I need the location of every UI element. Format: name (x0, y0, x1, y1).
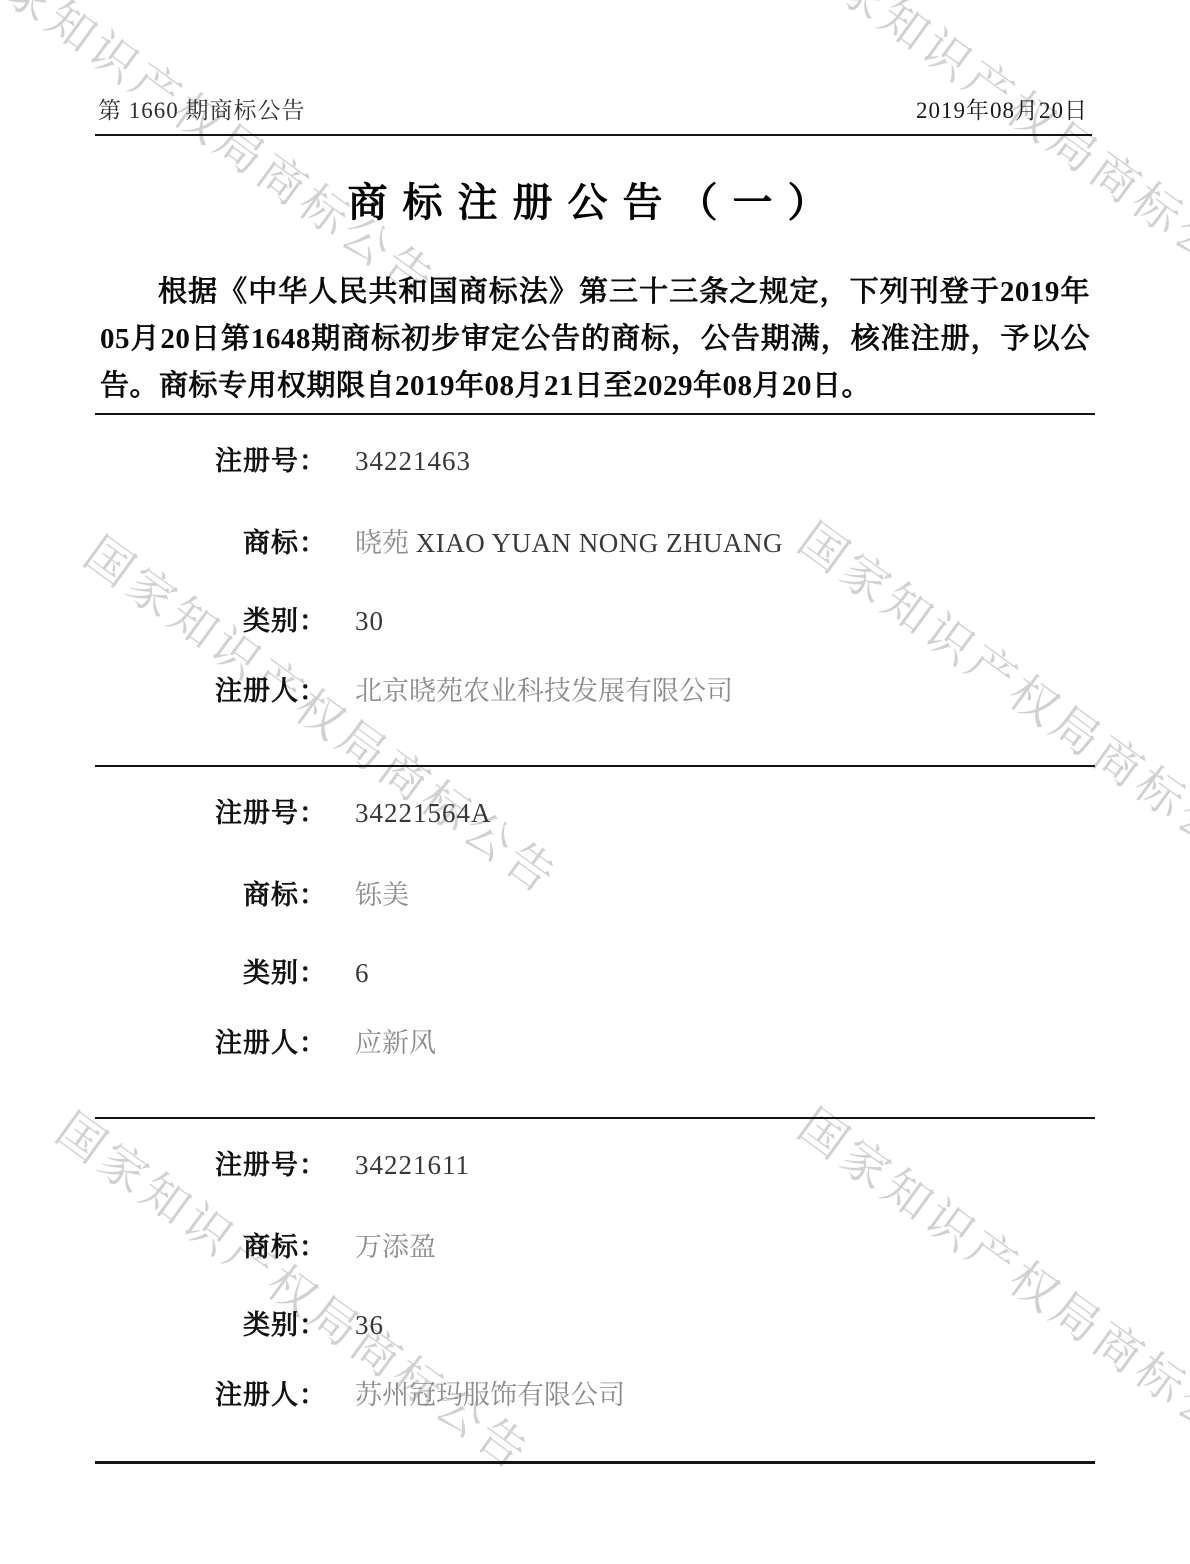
reg-no-label: 注册号： (95, 1143, 327, 1182)
trademark-value-cn: 万添盈 (355, 1232, 436, 1262)
class-label: 类别： (95, 951, 327, 990)
gazette-issue-number: 第 1660 期商标公告 (98, 92, 306, 125)
reg-no-row: 注册号：34221463 (95, 439, 1095, 473)
trademark-record: 注册号：34221463 商标：晓苑 XIAO YUAN NONG ZHUANG… (95, 413, 1095, 767)
intro-paragraph: 根据《中华人民共和国商标法》第三十三条之规定，下列刊登于2019年05月20日第… (100, 269, 1090, 410)
reg-no-value: 34221564A (355, 798, 492, 828)
class-row: 类别：36 (95, 1303, 1095, 1337)
reg-no-label: 注册号： (95, 439, 327, 478)
registrant-value: 应新风 (355, 1028, 436, 1058)
gazette-date: 2019年08月20日 (916, 92, 1088, 125)
header-divider (95, 134, 1092, 136)
class-label: 类别： (95, 599, 327, 638)
trademark-label: 商标： (95, 1225, 327, 1264)
reg-no-row: 注册号：34221564A (95, 791, 1095, 825)
trademark-row: 商标：万添盈 (95, 1225, 1095, 1259)
trademark-label: 商标： (95, 521, 327, 560)
reg-no-row: 注册号：34221611 (95, 1143, 1095, 1177)
gazette-page: 国家知识产权局商标公告 国家知识产权局商标公告 国家知识产权局商标公告 国家知识… (0, 0, 1190, 1564)
registrant-value: 北京晓苑农业科技发展有限公司 (355, 676, 733, 706)
class-row: 类别：30 (95, 599, 1095, 633)
watermark-text: 国家知识产权局商标公告 (784, 0, 1190, 310)
registrant-value: 苏州冠玛服饰有限公司 (355, 1380, 625, 1410)
registrant-label: 注册人： (95, 1373, 327, 1412)
page-title: 商标注册公告（一） (0, 171, 1190, 228)
watermark-text: 国家知识产权局商标公告 (0, 0, 453, 312)
bottom-divider (95, 1461, 1095, 1464)
reg-no-value: 34221463 (355, 446, 471, 476)
trademark-row: 商标：晓苑 XIAO YUAN NONG ZHUANG (95, 521, 1095, 555)
trademark-row: 商标：铄美 (95, 873, 1095, 907)
trademark-value-cn: 铄美 (355, 880, 409, 910)
class-value: 6 (355, 958, 370, 988)
registrant-row: 注册人：北京晓苑农业科技发展有限公司 (95, 669, 1095, 703)
trademark-label: 商标： (95, 873, 327, 912)
class-label: 类别： (95, 1303, 327, 1342)
class-value: 36 (355, 1310, 384, 1340)
trademark-value-cn: 晓苑 (355, 528, 409, 558)
registrant-label: 注册人： (95, 1021, 327, 1060)
reg-no-value: 34221611 (355, 1150, 470, 1180)
class-row: 类别：6 (95, 951, 1095, 985)
reg-no-label: 注册号： (95, 791, 327, 830)
registrant-row: 注册人：苏州冠玛服饰有限公司 (95, 1373, 1095, 1407)
trademark-record: 注册号：34221611 商标：万添盈 类别：36 注册人：苏州冠玛服饰有限公司 (95, 1117, 1095, 1471)
class-value: 30 (355, 606, 384, 636)
registrant-row: 注册人：应新风 (95, 1021, 1095, 1055)
trademark-value-latin: XIAO YUAN NONG ZHUANG (416, 528, 783, 558)
registrant-label: 注册人： (95, 669, 327, 708)
trademark-record: 注册号：34221564A 商标：铄美 类别：6 注册人：应新风 (95, 765, 1095, 1119)
